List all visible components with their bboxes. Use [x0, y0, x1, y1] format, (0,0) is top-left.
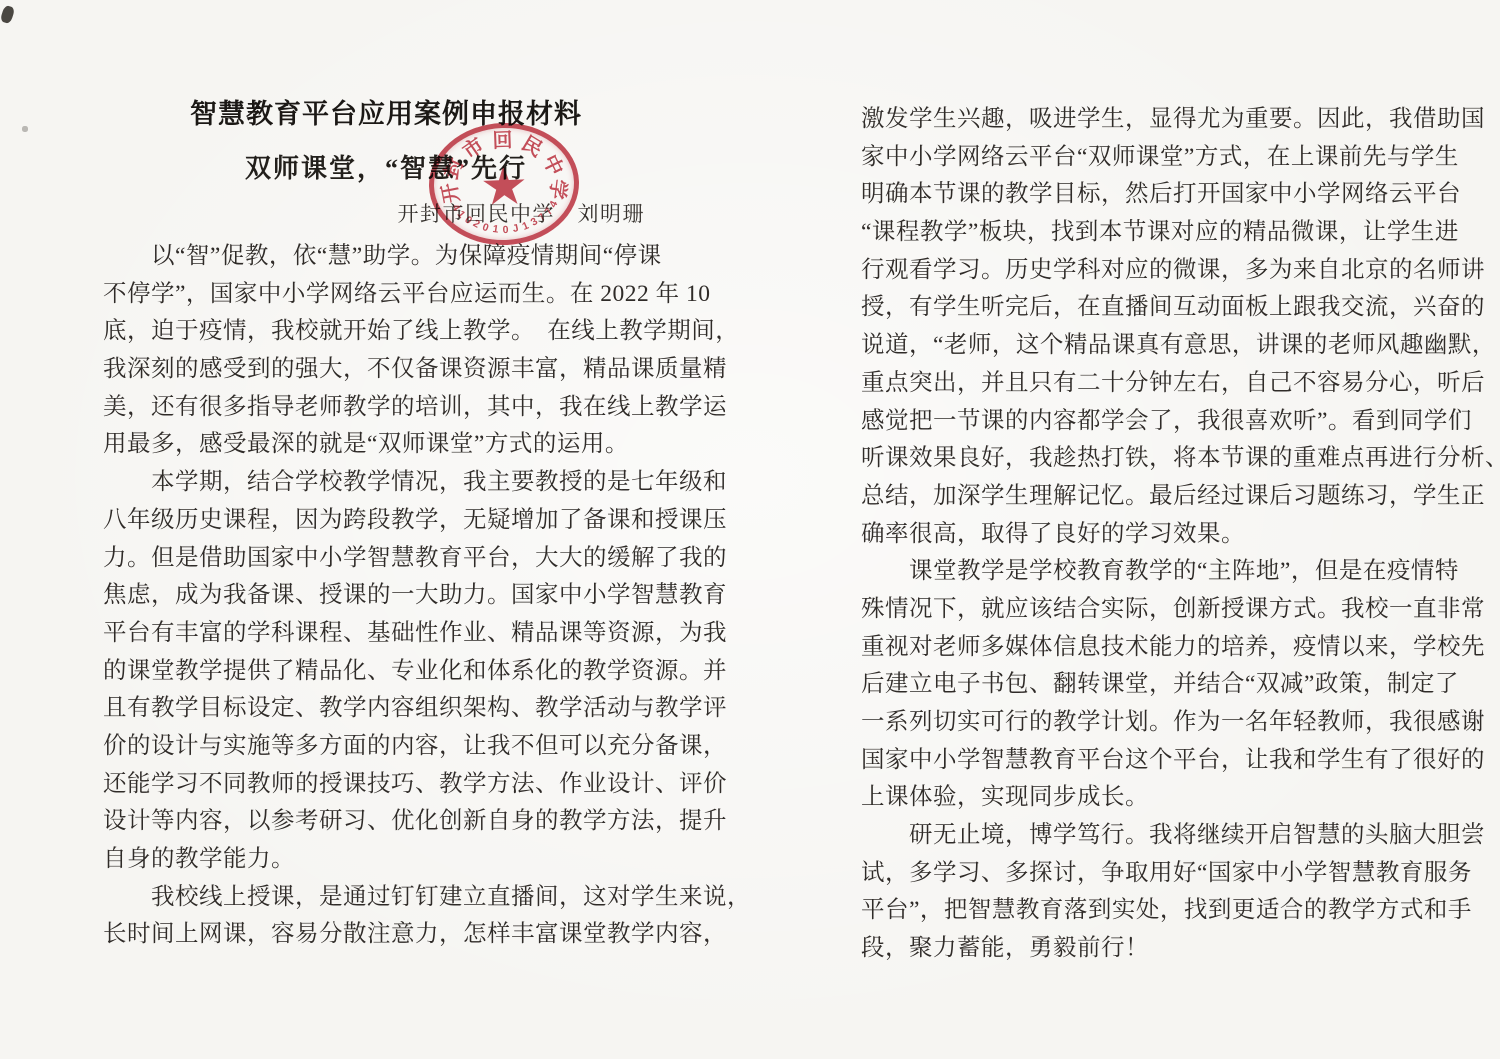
text-line: 且有教学目标设定、教学内容组织架构、教学活动与教学评: [103, 690, 669, 728]
text-line: 感觉把一节课的内容都学会了，我很喜欢听”。看到同学们: [861, 403, 1427, 441]
text-line: 用最多，感受最深的就是“双师课堂”方式的运用。: [103, 426, 669, 464]
document-title: 智慧教育平台应用案例申报材料: [103, 95, 669, 133]
text-line: 说道，“老师，这个精品课真有意思，讲课的老师风趣幽默，: [861, 327, 1427, 365]
text-line: 行观看学习。历史学科对应的微课，多为来自北京的名师讲: [861, 252, 1427, 290]
text-line: 八年级历史课程，因为跨段教学，无疑增加了备课和授课压: [103, 502, 669, 540]
text-line: “课程教学”板块，找到本节课对应的精品微课，让学生进: [861, 214, 1427, 252]
text-line: 听课效果良好，我趁热打铁，将本节课的重难点再进行分析、: [861, 440, 1427, 478]
text-line: 设计等内容，以参考研习、优化创新自身的教学方法，提升: [103, 803, 669, 841]
text-line: 明确本节课的教学目标，然后打开国家中小学网络云平台: [861, 176, 1427, 214]
text-line: 还能学习不同教师的授课技巧、教学方法、作业设计、评价: [103, 766, 669, 804]
scan-artifact: [22, 126, 28, 132]
text-line: 重点突出，并且只有二十分钟左右，自己不容易分心，听后: [861, 365, 1427, 403]
text-line: 焦虑，成为我备课、授课的一大助力。国家中小学智慧教育: [103, 577, 669, 615]
text-line: 总结，加深学生理解记忆。最后经过课后习题练习，学生正: [861, 478, 1427, 516]
text-line: 力。但是借助国家中小学智慧教育平台，大大的缓解了我的: [103, 540, 669, 578]
page-2-body: 激发学生兴趣，吸进学生，显得尤为重要。因此，我借助国家中小学网络云平台“双师课堂…: [861, 101, 1427, 968]
text-line: 课堂教学是学校教育教学的“主阵地”，但是在疫情特: [861, 553, 1427, 591]
text-line: 试，多学习、多探讨，争取用好“国家中小学智慧教育服务: [861, 855, 1427, 893]
text-line: 的课堂教学提供了精品化、专业化和体系化的教学资源。并: [103, 653, 669, 691]
text-line: 自身的教学能力。: [103, 841, 669, 879]
stamp-arc-char: 开: [438, 180, 464, 206]
text-line: 确率很高，取得了良好的学习效果。: [861, 516, 1427, 554]
text-line: 上课体验，实现同步成长。: [861, 779, 1427, 817]
text-line: 我深刻的感受到的强大，不仅备课资源丰富，精品课质量精: [103, 351, 669, 389]
text-line: 授，有学生听完后，在直播间互动面板上跟我交流，兴奋的: [861, 289, 1427, 327]
text-line: 不停学”，国家中小学网络云平台应运而生。在 2022 年 10: [103, 276, 669, 314]
text-line: 重视对老师多媒体信息技术能力的培养，疫情以来，学校先: [861, 629, 1427, 667]
text-line: 底，迫于疫情，我校就开始了线上教学。 在线上教学期间，: [103, 313, 669, 351]
author-line: 开封市回民中学 刘明珊: [103, 197, 669, 231]
text-line: 本学期，结合学校教学情况，我主要教授的是七年级和: [103, 464, 669, 502]
text-line: 激发学生兴趣，吸进学生，显得尤为重要。因此，我借助国: [861, 101, 1427, 139]
text-line: 家中小学网络云平台“双师课堂”方式，在上课前先与学生: [861, 139, 1427, 177]
text-line: 价的设计与实施等多方面的内容，让我不但可以充分备课，: [103, 728, 669, 766]
text-line: 段，聚力蓄能，勇毅前行！: [861, 930, 1427, 968]
scanned-document: 智慧教育平台应用案例申报材料 双师课堂，“智慧”先行 开封市回民中学 刘明珊 以…: [0, 0, 1500, 1059]
page-1: 智慧教育平台应用案例申报材料 双师课堂，“智慧”先行 开封市回民中学 刘明珊 以…: [103, 95, 669, 954]
star-icon: ★: [479, 158, 529, 214]
text-line: 长时间上网课，容易分散注意力，怎样丰富课堂教学内容，: [103, 916, 669, 954]
text-line: 后建立电子书包、翻转课堂，并结合“双减”政策，制定了: [861, 666, 1427, 704]
text-line: 殊情况下，就应该结合实际，创新授课方式。我校一直非常: [861, 591, 1427, 629]
scan-artifact: [0, 5, 15, 25]
text-line: 国家中小学智慧教育平台这个平台，让我和学生有了很好的: [861, 742, 1427, 780]
page-2: 激发学生兴趣，吸进学生，显得尤为重要。因此，我借助国家中小学网络云平台“双师课堂…: [861, 101, 1427, 968]
document-subtitle: 双师课堂，“智慧”先行: [103, 149, 669, 189]
text-line: 以“智”促教，依“慧”助学。为保障疫情期间“停课: [103, 238, 669, 276]
text-line: 研无止境，博学笃行。我将继续开启智慧的头脑大胆尝: [861, 817, 1427, 855]
stamp-arc-char: 回: [491, 130, 514, 153]
text-line: 我校线上授课，是通过钉钉建立直播间，这对学生来说，: [103, 879, 669, 917]
text-line: 美，还有很多指导老师教学的培训，其中，我在线上教学运: [103, 389, 669, 427]
text-line: 平台有丰富的学科课程、基础性作业、精品课等资源，为我: [103, 615, 669, 653]
text-line: 一系列切实可行的教学计划。作为一名年轻教师，我很感谢: [861, 704, 1427, 742]
school-seal-stamp: ★ 开封市回民中学 4102010J13774: [427, 120, 581, 247]
text-line: 平台”，把智慧教育落到实处，找到更适合的教学方式和手: [861, 892, 1427, 930]
page-1-body: 以“智”促教，依“慧”助学。为保障疫情期间“停课不停学”，国家中小学网络云平台应…: [103, 238, 669, 954]
